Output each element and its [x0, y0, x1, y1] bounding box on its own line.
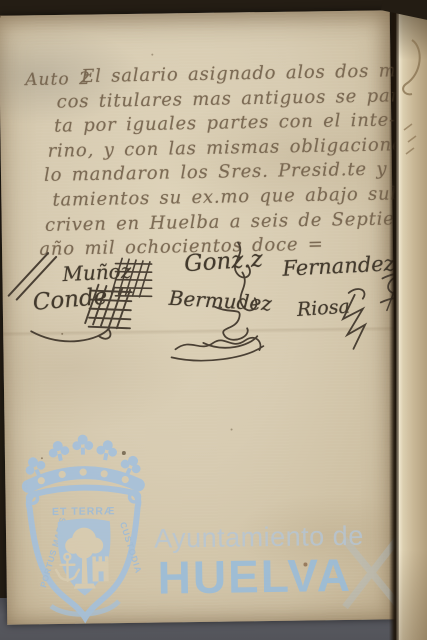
ink-specks	[0, 16, 1, 18]
edge-writing-fragment	[396, 34, 427, 194]
signature-riosa: Riosa	[296, 296, 350, 321]
ribbon-swash	[51, 601, 119, 615]
signature-bermudez: Bermudez	[168, 286, 272, 316]
signature-conde: Conde	[32, 284, 109, 316]
manuscript-text-block: Auto 2 El salario asignado alos dos medi…	[7, 59, 393, 263]
motto-right: CUSTODIA	[118, 521, 144, 575]
castle-emblem	[92, 556, 108, 581]
signature-fernandez: Fernandez	[282, 251, 395, 280]
motto-top: ET TERRÆ	[52, 505, 116, 518]
signature-munoz: Muñoz	[62, 259, 132, 286]
margin-note: Auto 2	[25, 67, 91, 93]
scanned-document-view: Auto 2 El salario asignado alos dos medi…	[0, 0, 427, 640]
huelva-coat-of-arms: ET TERRÆ PORTUS MARIS CUSTODIA	[19, 429, 150, 625]
manuscript-page: Auto 2 El salario asignado alos dos medi…	[0, 10, 398, 624]
signature-gonzalez: Gonz.z	[183, 246, 263, 277]
watermark-city-name: HUELVA	[157, 548, 352, 605]
